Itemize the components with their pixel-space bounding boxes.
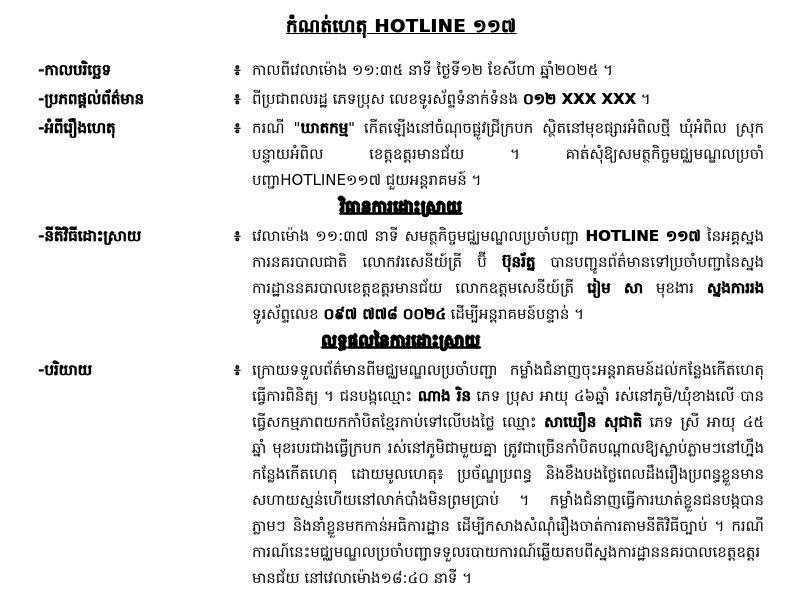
section-header-row-resolution: វិធានការដោះស្រាយ [38,196,764,220]
field-value-incident: ករណី "ឃាតកម្ម" កើតឡើងនៅចំណុចផ្លូវជ្រីក្រ… [252,115,764,193]
field-row-source: -ប្រភពផ្តល់ព័ត៌មាន ៖ ពីប្រជាពលរដ្ឋ ភេទប្… [38,86,764,112]
field-label-description: -បរិយាយ [38,357,234,383]
field-row-incident: -អំពីរឿងហេតុ ៖ ករណី "ឃាតកម្ម" កើតឡើងនៅចំ… [38,115,764,193]
khmer-colon: ៖ [234,223,252,249]
field-value-description: ក្រោយទទួលព័ត៌មានពីមជ្ឈមណ្ឌលប្រចាំបញ្ជា ក… [252,357,764,591]
field-label-incident: -អំពីរឿងហេតុ [38,115,234,141]
field-value-date: កាលពីវេលាម៉ោង ១១:៣៥ នាទី ថ្ងៃទី១២ ខែសីហា… [252,57,764,83]
khmer-colon: ៖ [234,115,252,141]
field-row-procedure: -នីតិវិធីដោះស្រាយ ៖ វេលាម៉ោង ១១:៣៧ នាទី … [38,223,764,327]
field-label-date: -កាលបរិច្ឆេទ [38,57,234,83]
khmer-colon: ៖ [234,86,252,112]
field-value-procedure: វេលាម៉ោង ១១:៣៧ នាទី សមត្ថកិច្ចមជ្ឈមណ្ឌលប… [252,223,764,327]
field-label-source: -ប្រភពផ្តល់ព័ត៌មាន [38,86,234,112]
page-title: កំណត់ហេតុ HOTLINE ១១៧ [286,14,516,41]
field-row-date: -កាលបរិច្ឆេទ ៖ កាលពីវេលាម៉ោង ១១:៣៥ នាទី … [38,57,764,83]
field-row-description: -បរិយាយ ៖ ក្រោយទទួលព័ត៌មានពីមជ្ឈមណ្ឌលប្រ… [38,357,764,591]
field-value-source: ពីប្រជាពលរដ្ឋ ភេទប្រុស លេខទូរស័ព្ទទំនាក់… [252,86,764,112]
field-label-procedure: -នីតិវិធីដោះស្រាយ [38,223,234,249]
section-header-resolution: វិធានការដោះស្រាយ [340,196,462,220]
title-row: កំណត់ហេតុ HOTLINE ១១៧ [38,14,764,41]
section-header-row-result: លទ្ធផលនៃការដោះស្រាយ [38,330,764,354]
khmer-colon: ៖ [234,57,252,83]
khmer-colon: ៖ [234,357,252,383]
section-header-result: លទ្ធផលនៃការដោះស្រាយ [322,330,481,354]
document-page: កំណត់ហេតុ HOTLINE ១១៧ -កាលបរិច្ឆេទ ៖ កាល… [0,0,794,604]
